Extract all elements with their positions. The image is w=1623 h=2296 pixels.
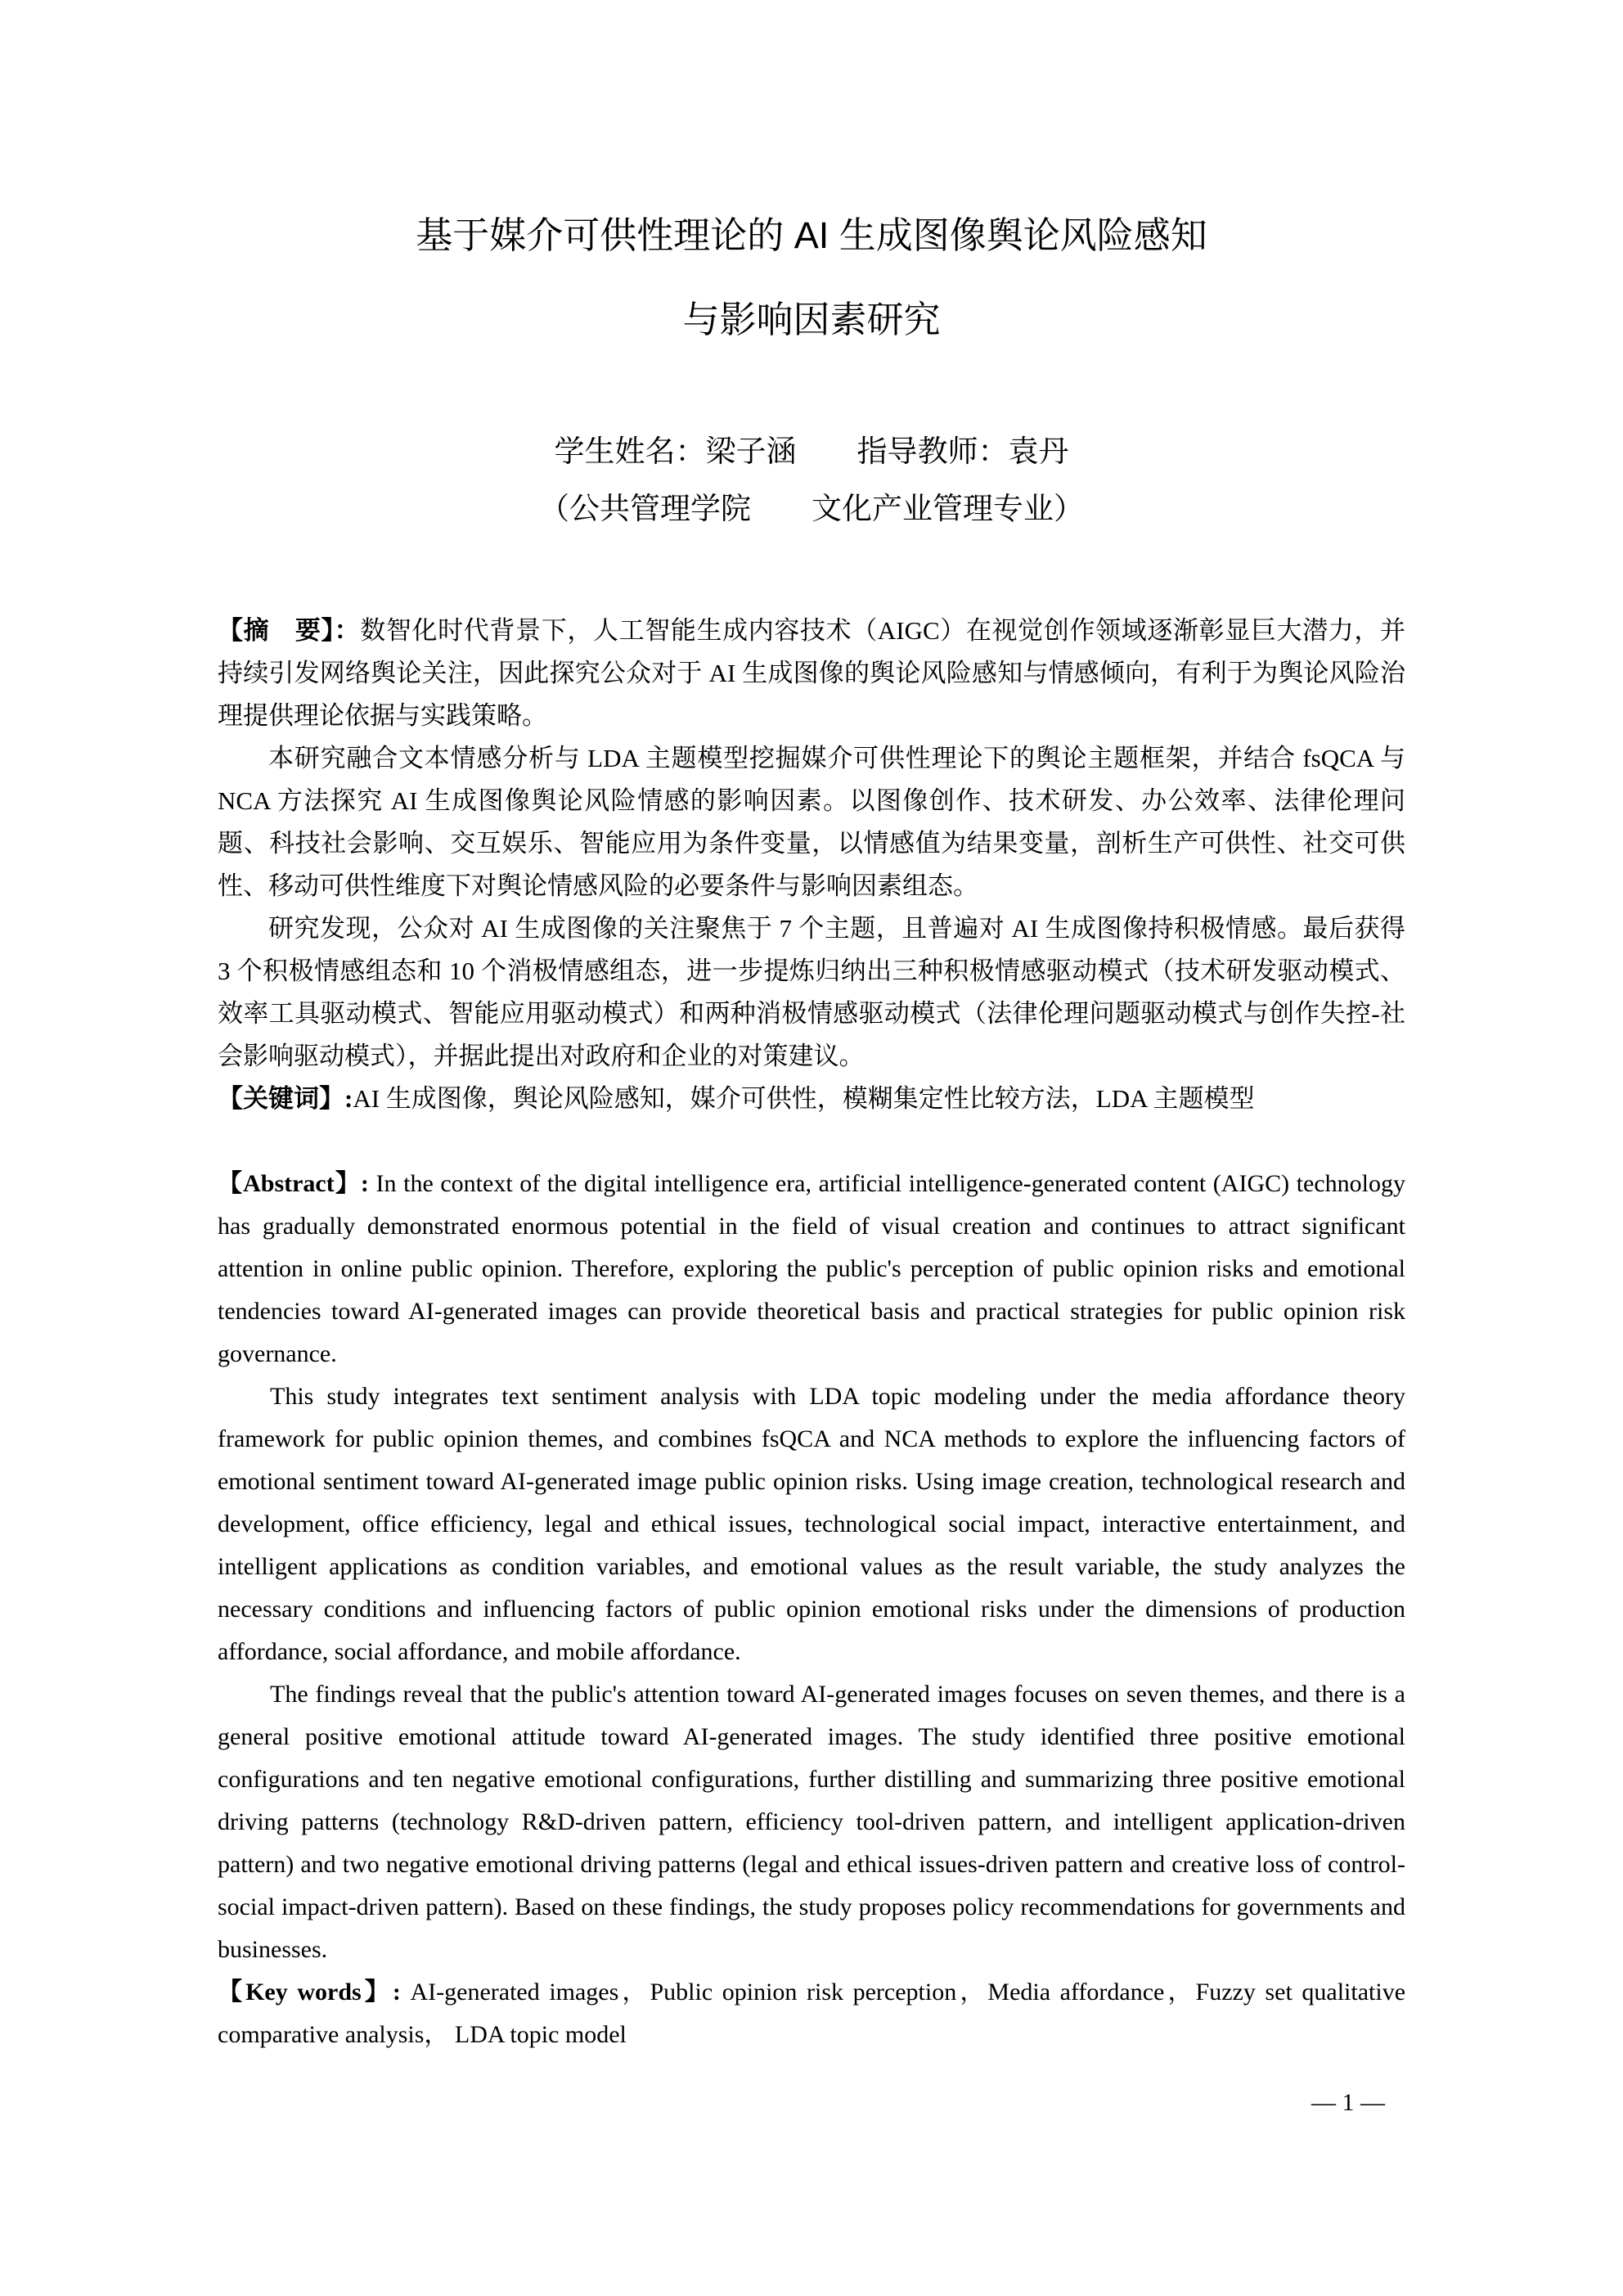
title-line-2: 与影响因素研究 xyxy=(0,277,1623,362)
keywords-zh-label: 【关键词】: xyxy=(218,1084,353,1113)
abstract-en-label: 【Abstract】: xyxy=(218,1170,369,1197)
abstract-content: 【摘 要】：数智化时代背景下，人工智能生成内容技术（AIGC）在视觉创作领域逐渐… xyxy=(218,610,1405,2056)
keywords-en-label: 【Key words】: xyxy=(218,1979,401,2006)
abstract-zh-paragraph-2: 本研究融合文本情感分析与 LDA 主题模型挖掘媒介可供性理论下的舆论主题框架，并… xyxy=(218,737,1405,907)
abstract-zh-paragraph-1: 【摘 要】：数智化时代背景下，人工智能生成内容技术（AIGC）在视觉创作领域逐渐… xyxy=(218,610,1405,737)
abstract-zh-text-1: 数智化时代背景下，人工智能生成内容技术（AIGC）在视觉创作领域逐渐彰显巨大潜力… xyxy=(218,616,1405,730)
byline: 学生姓名：梁子涵 指导教师：袁丹 （公共管理学院 文化产业管理专业） xyxy=(0,424,1623,538)
keywords-zh-text: AI 生成图像，舆论风险感知，媒介可供性，模糊集定性比较方法，LDA 主题模型 xyxy=(353,1084,1254,1113)
affiliation-line: （公共管理学院 文化产业管理专业） xyxy=(0,481,1623,538)
page-number: — 1 — xyxy=(1275,2087,1422,2118)
abstract-en-text-1: In the context of the digital intelligen… xyxy=(218,1170,1405,1367)
abstract-en-block: 【Abstract】: In the context of the digita… xyxy=(218,1163,1405,2056)
keywords-en-line: 【Key words】: AI-generated images，Public … xyxy=(218,1971,1405,2056)
abstract-en-text-1-body: In the context of the digital intelligen… xyxy=(218,1170,1405,1367)
document-page: 基于媒介可供性理论的 AI 生成图像舆论风险感知 与影响因素研究 学生姓名：梁子… xyxy=(0,0,1623,2296)
abstract-en-paragraph-2: This study integrates text sentiment ana… xyxy=(218,1375,1405,1673)
abstract-en-paragraph-1: 【Abstract】: In the context of the digita… xyxy=(218,1163,1405,1375)
title-line-1: 基于媒介可供性理论的 AI 生成图像舆论风险感知 xyxy=(0,193,1623,277)
document-title: 基于媒介可供性理论的 AI 生成图像舆论风险感知 与影响因素研究 xyxy=(0,193,1623,362)
abstract-zh-paragraph-3: 研究发现，公众对 AI 生成图像的关注聚焦于 7 个主题，且普遍对 AI 生成图… xyxy=(218,907,1405,1078)
author-line: 学生姓名：梁子涵 指导教师：袁丹 xyxy=(0,424,1623,481)
keywords-zh-line: 【关键词】:AI 生成图像，舆论风险感知，媒介可供性，模糊集定性比较方法，LDA… xyxy=(218,1078,1405,1120)
abstract-en-paragraph-3: The findings reveal that the public's at… xyxy=(218,1673,1405,1971)
abstract-zh-label: 【摘 要】： xyxy=(218,616,360,645)
